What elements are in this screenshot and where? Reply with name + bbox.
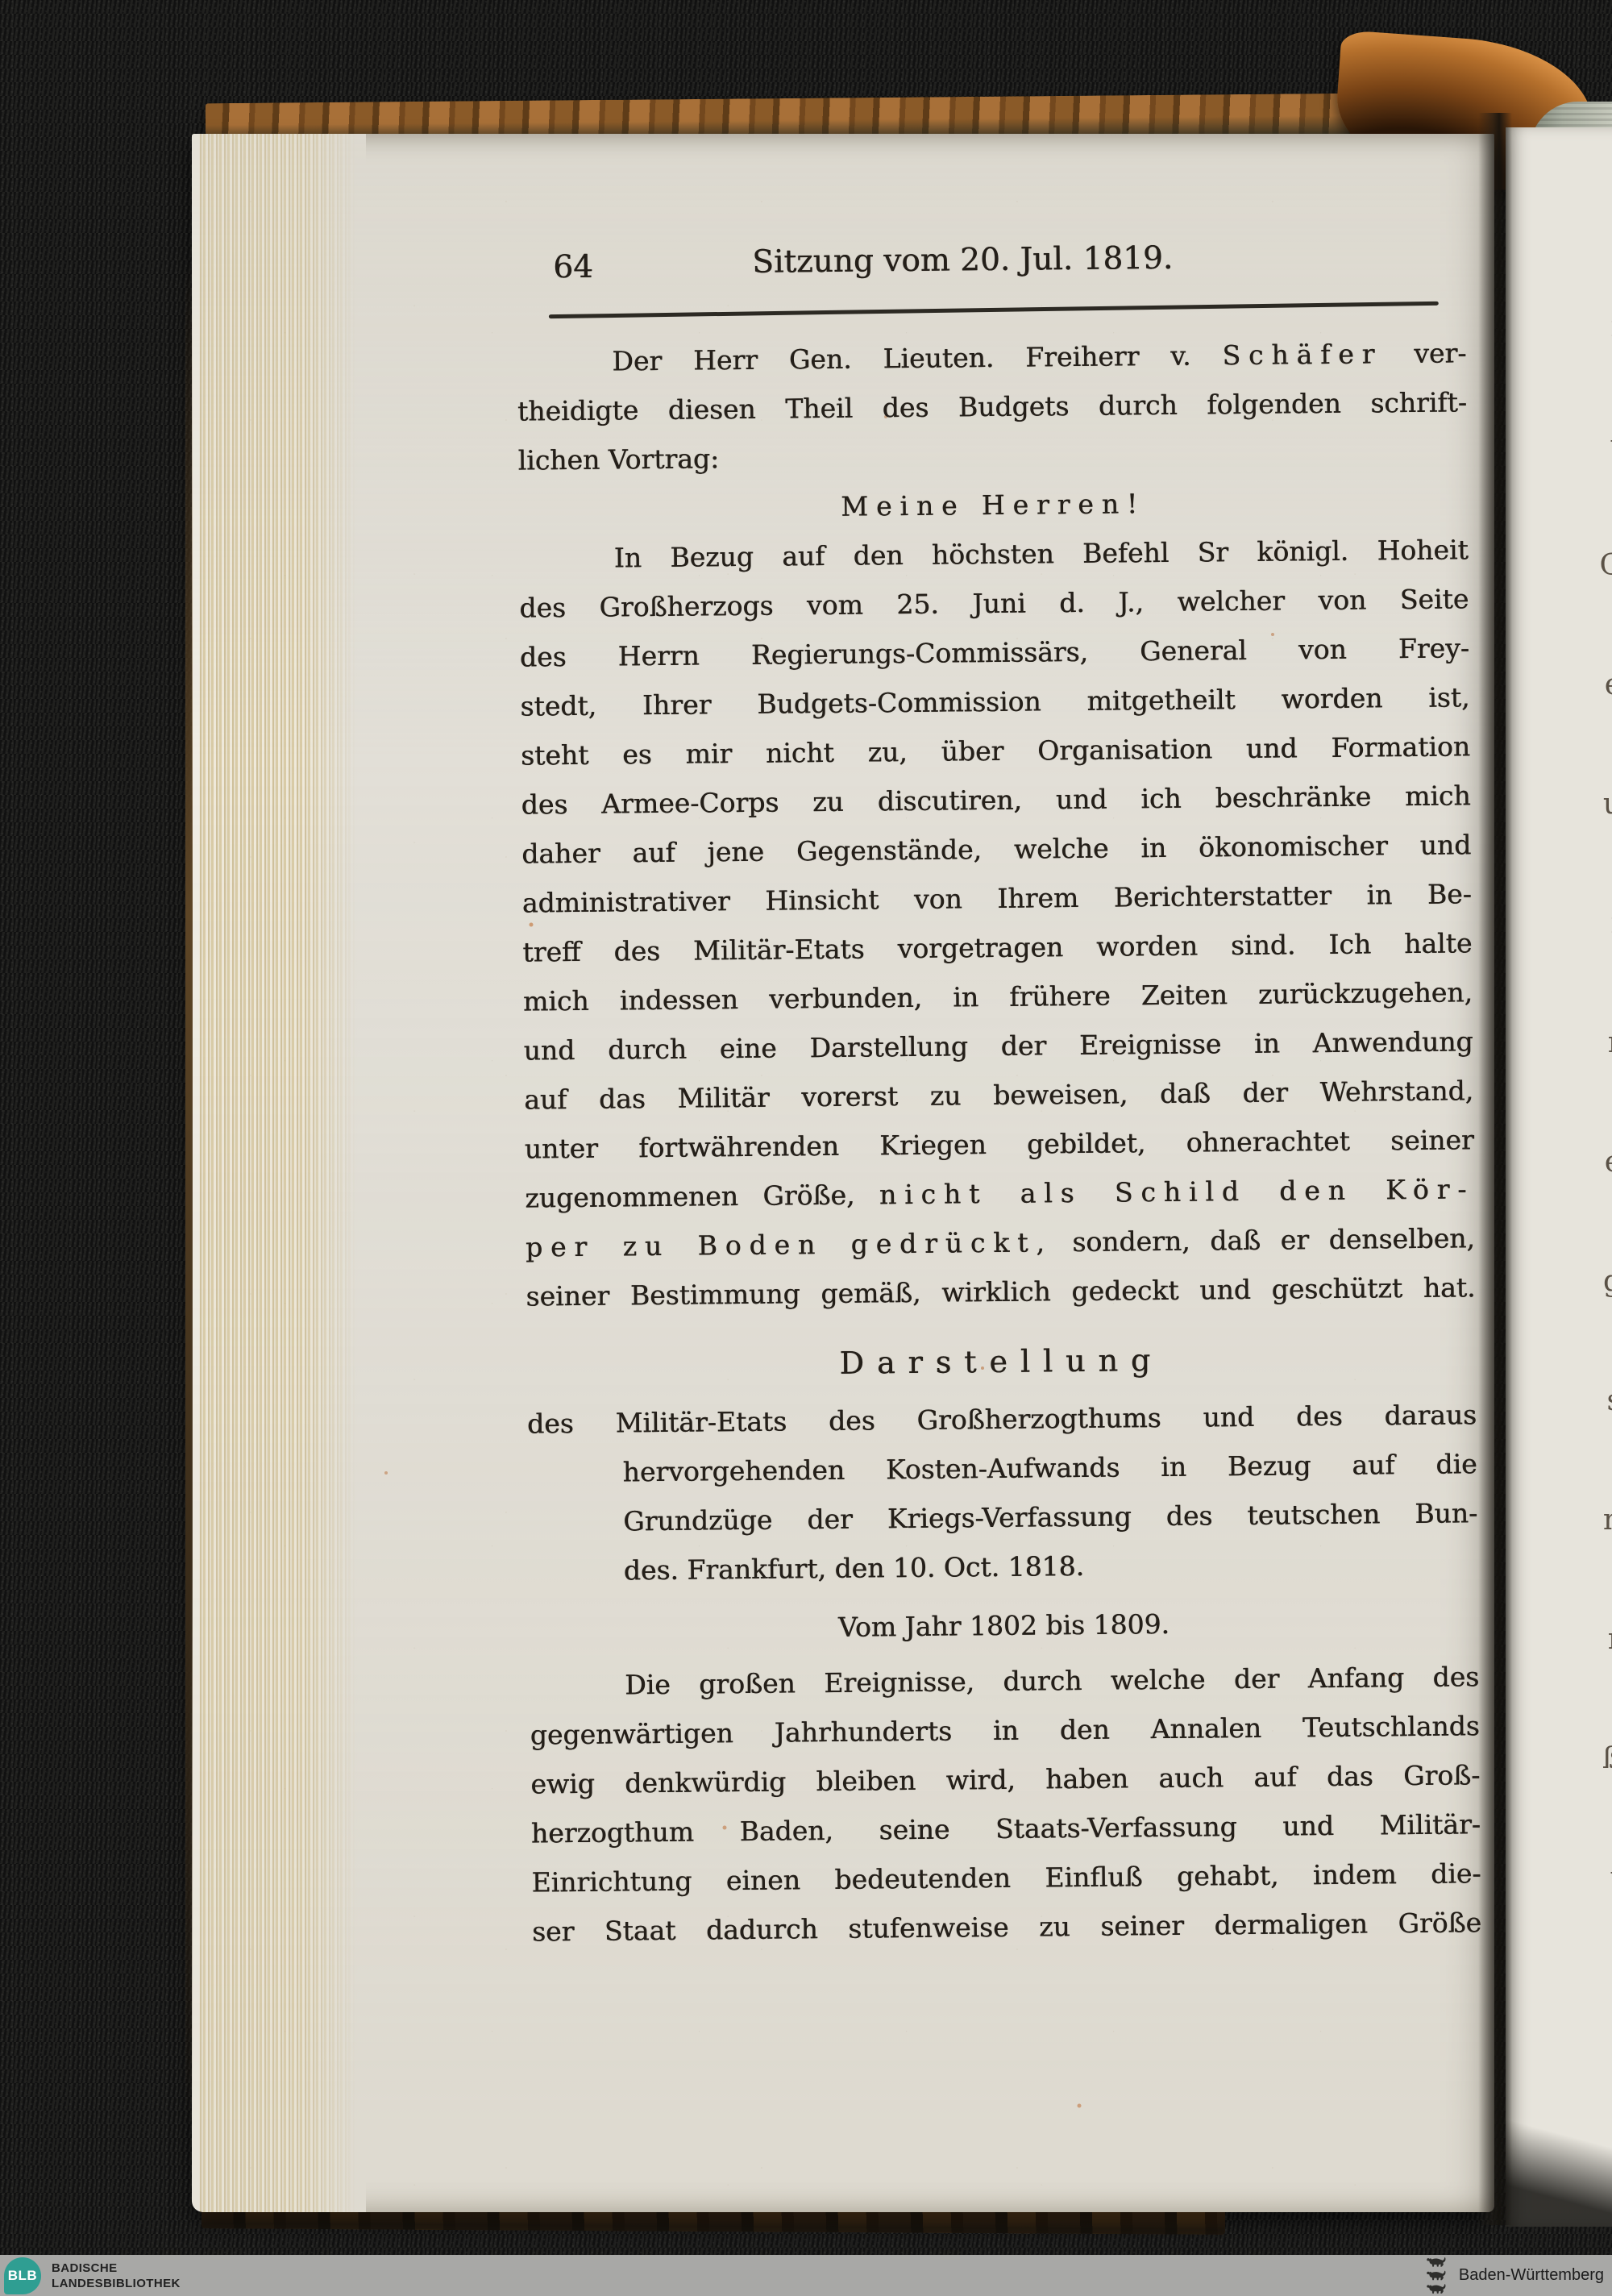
text-line: und durch eine Darstellung der Ereigniss… xyxy=(523,1017,1473,1075)
facing-page-letter-fragment: e xyxy=(1605,671,1612,700)
text-block-para: Vom Jahr 1802 bis 1809. xyxy=(529,1596,1479,1654)
library-name-line2: LANDESBIBLIOTHEK xyxy=(52,2276,181,2291)
text-line: Darstellung xyxy=(526,1333,1477,1391)
text-line: hervorgehenden Kosten-Aufwands in Bezug … xyxy=(622,1439,1477,1496)
text-line: Der Herr Gen. Lieuten. Freiherr v. Schäf… xyxy=(517,328,1467,386)
baden-wuerttemberg-coat-of-arms-icon xyxy=(1422,2256,1451,2295)
text-line: stedt, Ihrer Budgets-Commission mitgethe… xyxy=(520,672,1470,730)
text-line: theidigte diesen Theil des Budgets durch… xyxy=(517,377,1468,435)
text-block-para: Die großen Ereignisse, durch welche der … xyxy=(530,1652,1481,1956)
scanned-book-photo: ſtCeufregsnrßt 64 Sitzung vom 20. Jul. 1… xyxy=(0,0,1612,2296)
text-line: des. Frankfurt, den 10. Oct. 1818. xyxy=(624,1537,1479,1595)
text-line: Die großen Ereignisse, durch welche der … xyxy=(530,1652,1480,1710)
text-line: per zu Boden gedrückt, sondern, daß er d… xyxy=(526,1213,1476,1271)
page-edges-fan xyxy=(192,134,364,2212)
text-block-heading: Darstellung xyxy=(526,1333,1477,1391)
text-line: Meine Herren! xyxy=(518,476,1469,534)
text-line: ser Staat dadurch stufenweise zu seiner … xyxy=(532,1898,1482,1956)
text-line: In Bezug auf den höchsten Befehl Sr köni… xyxy=(518,525,1469,583)
facing-page-letter-fragment: g xyxy=(1603,1267,1612,1296)
state-name: Baden-Württemberg xyxy=(1459,2266,1604,2285)
text-block-para: In Bezug auf den höchsten Befehl Sr köni… xyxy=(518,525,1475,1321)
text-line: herzogthum Baden, seine Staats-Verfassun… xyxy=(531,1799,1481,1857)
text-line: des Herrn Regierungs-Commissärs, General… xyxy=(520,623,1470,681)
blb-logo: BLB xyxy=(4,2257,41,2294)
text-line: zugenommenen Größe, nicht als Schild den… xyxy=(525,1164,1475,1222)
library-name: BADISCHE LANDESBIBLIOTHEK xyxy=(52,2261,181,2291)
text-line: daher auf jene Gegenstände, welche in ök… xyxy=(521,820,1472,878)
text-block-para: des Militär-Etats des Großherzogthums un… xyxy=(527,1390,1478,1595)
running-header-line: 64 Sitzung vom 20. Jul. 1819. xyxy=(516,235,1466,294)
facing-page-letter-fragment: s xyxy=(1607,1387,1612,1416)
text-line: Einrichtung einen bedeutenden Einfluß ge… xyxy=(531,1849,1481,1907)
text-line: des Militär-Etats des Großherzogthums un… xyxy=(527,1390,1477,1448)
text-line: auf das Militär vorerst zu beweisen, daß… xyxy=(524,1066,1474,1124)
text-line: seiner Bestimmung gemäß, wirklich gedeck… xyxy=(526,1262,1476,1321)
text-line: lichen Vortrag: xyxy=(517,426,1468,485)
state-branding: Baden-Württemberg xyxy=(1422,2255,1604,2296)
facing-page-letter-fragment: C xyxy=(1599,551,1612,580)
text-line: unter fortwährenden Kriegen gebildet, oh… xyxy=(524,1115,1474,1173)
facing-page-letter-fragment: ß xyxy=(1602,1745,1612,1774)
blb-logo-initials: BLB xyxy=(8,2268,37,2284)
text-line: des Großherzogs vom 25. Juni d. J., welc… xyxy=(519,574,1469,632)
footer-bar: BLB BADISCHE LANDESBIBLIOTHEK Baden-Würt… xyxy=(0,2255,1612,2296)
text-block-para: Meine Herren! xyxy=(518,476,1469,534)
page-text: 64 Sitzung vom 20. Jul. 1819. Der Herr G… xyxy=(516,235,1481,1956)
header-rule xyxy=(549,302,1439,318)
page-text-body: Der Herr Gen. Lieuten. Freiherr v. Schäf… xyxy=(517,328,1481,1956)
text-line: administrativer Hinsicht von Ihrem Beric… xyxy=(522,869,1473,927)
facing-page-letter-fragment: e xyxy=(1605,1148,1612,1177)
facing-page-letter-fragment: u xyxy=(1603,790,1612,819)
text-line: gegenwärtigen Jahrhunderts in den Annale… xyxy=(530,1701,1480,1759)
text-line: ewig denkwürdig bleiben wird, haben auch… xyxy=(530,1750,1481,1808)
text-line: steht es mir nicht zu, über Organisation… xyxy=(521,722,1471,780)
running-header: Sitzung vom 20. Jul. 1819. xyxy=(516,235,1465,285)
paper-flecks xyxy=(192,134,193,135)
text-line: Grundzüge der Kriegs-Verfassung des teut… xyxy=(623,1488,1478,1545)
text-line: treff des Militär-Etats vorgetragen word… xyxy=(522,918,1473,976)
page-number: 64 xyxy=(553,247,593,288)
text-line: des Armee-Corps zu discutiren, und ich b… xyxy=(521,771,1471,829)
facing-page-letter-fragment: n xyxy=(1603,1506,1612,1535)
text-block-para: Der Herr Gen. Lieuten. Freiherr v. Schäf… xyxy=(517,328,1468,485)
facing-page-letter-fragment: r xyxy=(1608,1029,1612,1058)
text-line: mich indessen verbunden, in frühere Zeit… xyxy=(523,967,1473,1025)
book-gutter-shadow xyxy=(1478,113,1512,2225)
facing-page-letter-fragment: r xyxy=(1608,1625,1612,1654)
facing-page-strip: ſtCeufregsnrßt xyxy=(1506,127,1612,2227)
library-name-line1: BADISCHE xyxy=(52,2261,181,2276)
text-line: Vom Jahr 1802 bis 1809. xyxy=(529,1596,1479,1654)
